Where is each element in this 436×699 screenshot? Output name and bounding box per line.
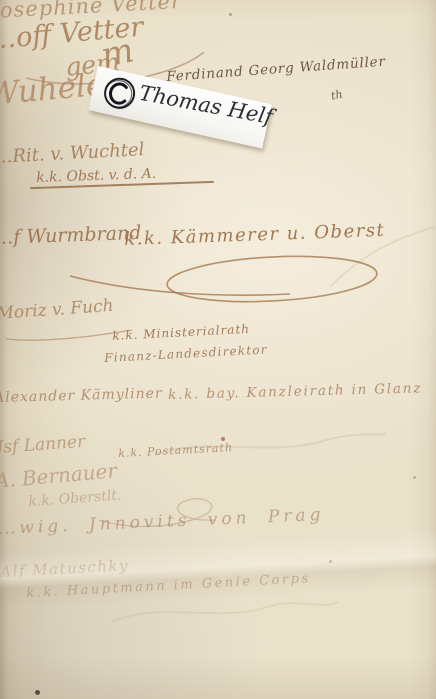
bleedthrough-stroke xyxy=(150,425,390,465)
paper-speck xyxy=(329,560,332,563)
signature-waldmueller-mark: th xyxy=(330,89,344,102)
paper-speck xyxy=(35,690,40,695)
signature-bernauer: A. Bernauer xyxy=(0,460,118,491)
signature-fries-title1: k.k. Ministerialrath xyxy=(112,323,250,342)
paper-crease xyxy=(0,528,436,613)
signature-lanner: Jsf Lanner xyxy=(0,434,86,457)
signature-alexander: Alexander Kämyliner xyxy=(0,387,163,405)
paper-speck xyxy=(221,437,225,441)
signature-wurmbrand: …f Wurmbrand xyxy=(0,224,142,248)
signature-alexander-title: k.k. bay. Kanzleirath in Glanz xyxy=(168,382,422,402)
signature-prag: …wig. Jnnovits von Prag xyxy=(0,507,325,538)
paper-speck xyxy=(229,13,232,16)
paper-speck xyxy=(413,476,416,479)
bleedthrough-stroke xyxy=(330,225,436,297)
autograph-album-page: Josephine Vetter …off Vetter m gem Wuhel… xyxy=(0,0,436,699)
signature-fries: Moriz v. Fuch xyxy=(0,298,114,323)
signature-wuchtel-title: k.k. Obst. v. d. A. xyxy=(36,167,156,185)
signature-thomas-helf: Thomas Helf xyxy=(138,83,275,128)
copyright-icon xyxy=(99,72,141,114)
signature-wuchtel: …Rit. v. Wuchtel xyxy=(0,141,145,167)
signature-fries-title2: Finanz-Landesdirektor xyxy=(104,343,268,364)
